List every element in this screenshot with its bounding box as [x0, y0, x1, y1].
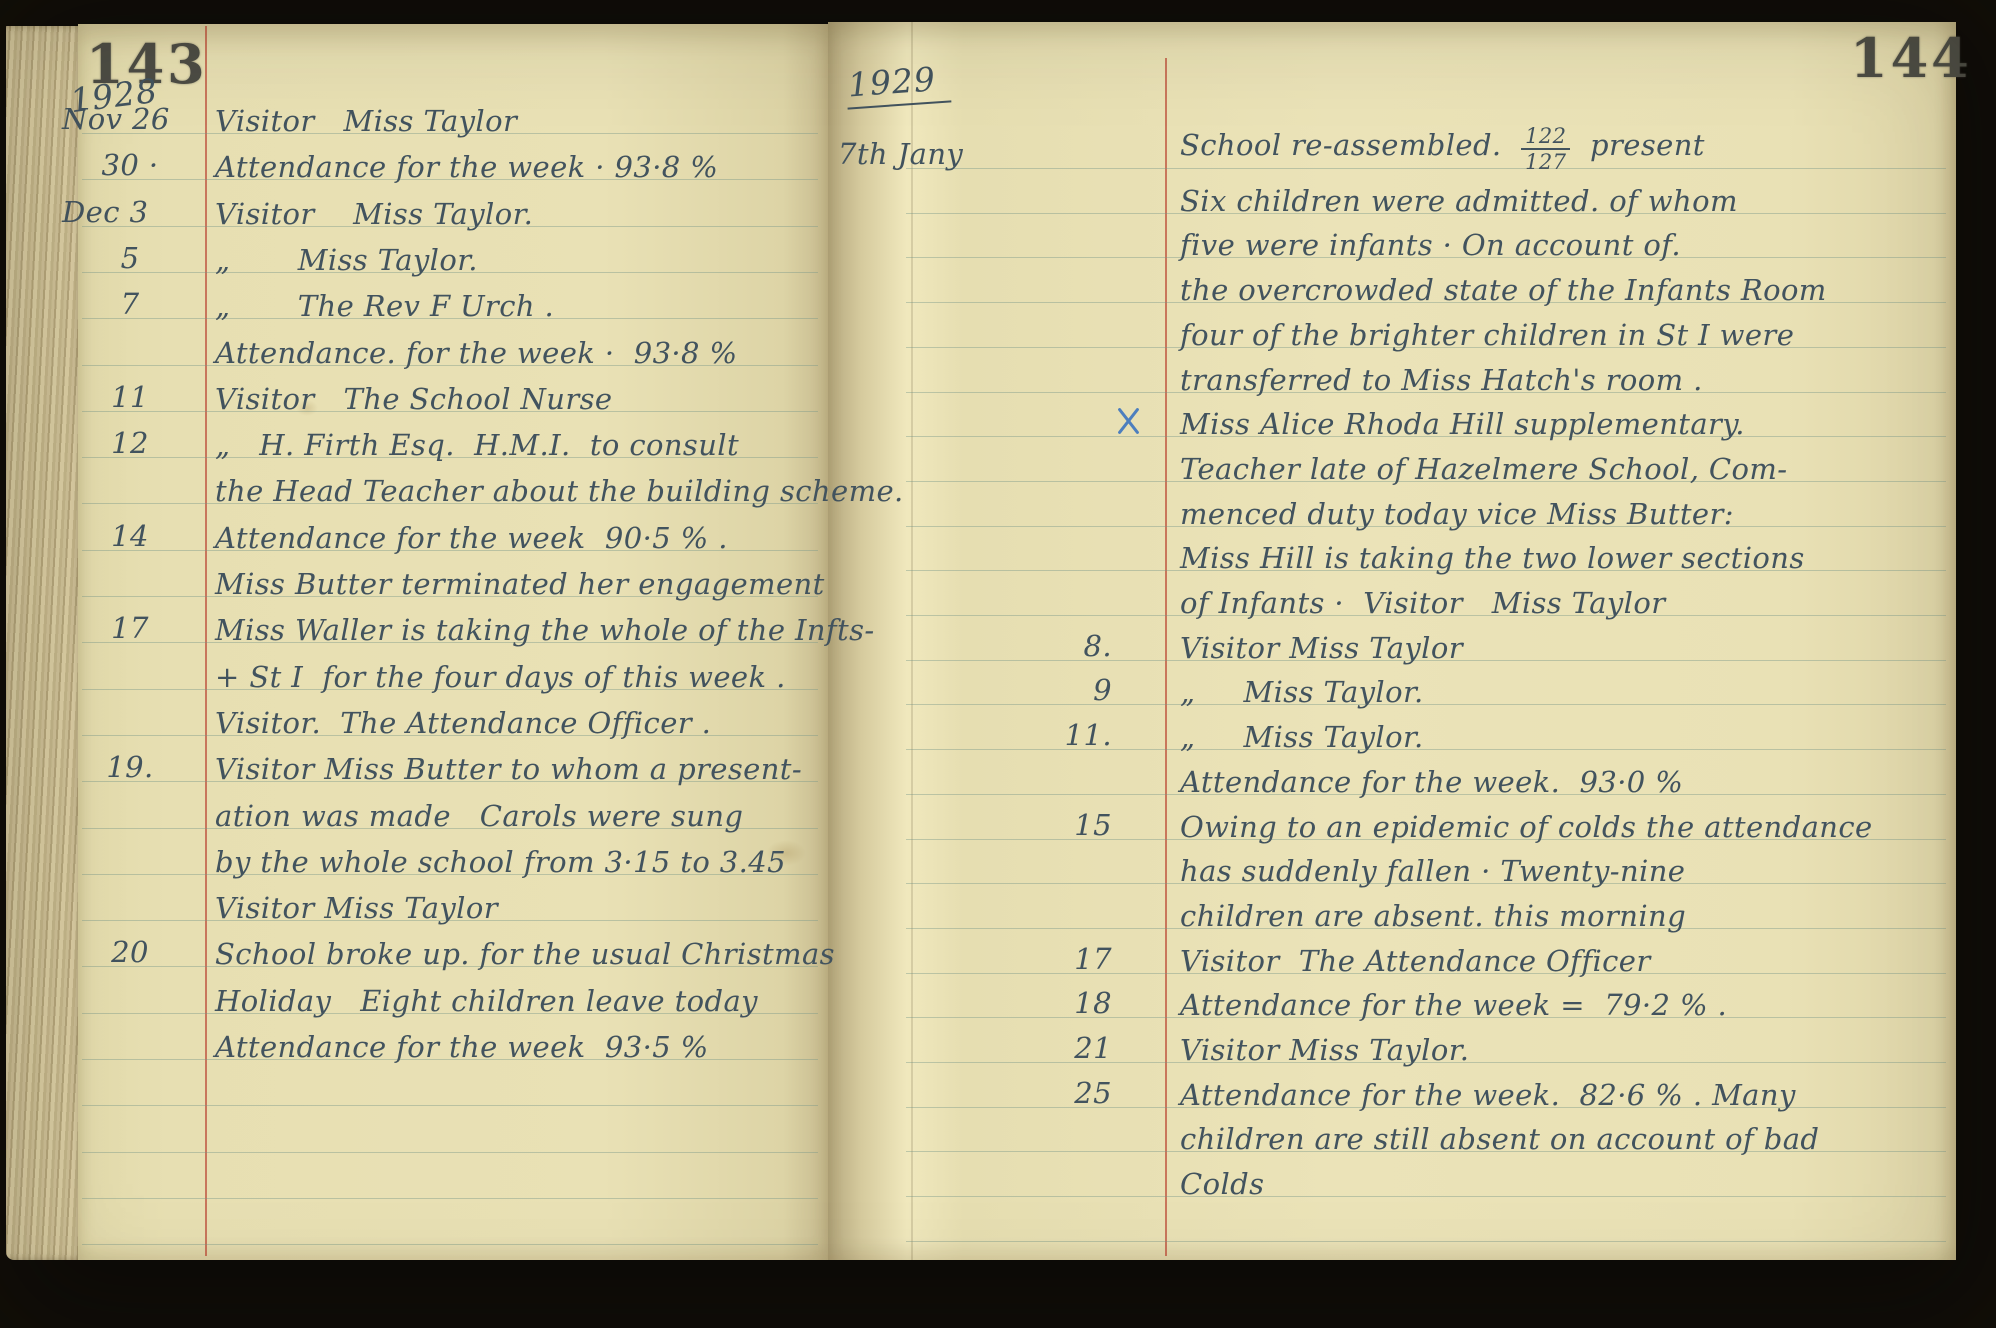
entry-text: children are still absent on account of …	[1180, 1122, 1819, 1156]
log-entry-row: 21Visitor Miss Taylor.	[0, 1021, 1996, 1067]
log-entry-row: Colds	[0, 1155, 1996, 1201]
entry-date: 21	[838, 1031, 1138, 1065]
entry-text: Visitor Miss Taylor.	[1180, 1033, 1469, 1067]
log-entry-row: four of the brighter children in St I we…	[0, 306, 1996, 352]
entry-text: transferred to Miss Hatch's room .	[1180, 363, 1703, 397]
ruled-line	[82, 1244, 818, 1245]
x-mark-icon	[1116, 407, 1140, 435]
log-entry-row: has suddenly fallen · Twenty-nine	[0, 842, 1996, 888]
log-entry-row: 15Owing to an epidemic of colds the atte…	[0, 798, 1996, 844]
log-entry-row: 17Visitor The Attendance Officer	[0, 932, 1996, 978]
entry-text: Teacher late of Hazelmere School, Com-	[1180, 452, 1787, 486]
entry-text: Attendance for the week. 93·0 %	[1180, 765, 1683, 799]
entry-text: Visitor Miss Taylor	[1180, 631, 1463, 665]
log-entry-row: Six children were admitted. of whom	[0, 172, 1996, 218]
entry-text: Attendance for the week = 79·2 % .	[1180, 988, 1727, 1022]
log-entry-row: the overcrowded state of the Infants Roo…	[0, 261, 1996, 307]
log-entry-row: 18Attendance for the week = 79·2 % .	[0, 976, 1996, 1022]
entry-date: 15	[838, 808, 1138, 842]
entry-text: has suddenly fallen · Twenty-nine	[1180, 854, 1685, 888]
log-entry-row: transferred to Miss Hatch's room .	[0, 351, 1996, 397]
entry-date: 25	[838, 1076, 1138, 1110]
entry-text: School re-assembled. 122127 present	[1180, 125, 1705, 173]
entry-text: Six children were admitted. of whom	[1180, 184, 1738, 218]
attendance-fraction: 122127	[1521, 125, 1570, 173]
log-entry-row: 11.„ Miss Taylor.	[0, 708, 1996, 754]
entry-date: 18	[838, 986, 1138, 1020]
log-entry-row: children are absent. this morning	[0, 887, 1996, 933]
entry-text: Attendance for the week. 82·6 % . Many	[1180, 1078, 1796, 1112]
entry-text: the overcrowded state of the Infants Roo…	[1180, 273, 1827, 307]
log-entry-row: of Infants · Visitor Miss Taylor	[0, 574, 1996, 620]
entry-text: „ Miss Taylor.	[1180, 675, 1424, 709]
log-entry-row: Miss Hill is taking the two lower sectio…	[0, 529, 1996, 575]
entry-date: 9	[838, 673, 1138, 707]
log-entry-row: Teacher late of Hazelmere School, Com-	[0, 440, 1996, 486]
log-entry-row: 7th JanySchool re-assembled. 122127 pres…	[0, 127, 1996, 173]
log-entry-row: Attendance for the week. 93·0 %	[0, 753, 1996, 799]
entry-text: Miss Hill is taking the two lower sectio…	[1180, 541, 1805, 575]
entry-date: 17	[838, 942, 1138, 976]
entry-text: Owing to an epidemic of colds the attend…	[1180, 810, 1873, 844]
entry-date: 11.	[838, 718, 1138, 752]
entry-text: „ Miss Taylor.	[1180, 720, 1424, 754]
log-entry-row: Miss Alice Rhoda Hill supplementary.	[0, 395, 1996, 441]
entry-text: four of the brighter children in St I we…	[1180, 318, 1794, 352]
entry-text: Colds	[1180, 1167, 1264, 1201]
log-entry-row: five were infants · On account of.	[0, 216, 1996, 262]
entry-text: Miss Alice Rhoda Hill supplementary.	[1180, 407, 1745, 441]
entry-text: of Infants · Visitor Miss Taylor	[1180, 586, 1665, 620]
log-entry-row: menced duty today vice Miss Butter:	[0, 485, 1996, 531]
entry-text: children are absent. this morning	[1180, 899, 1686, 933]
entry-text: five were infants · On account of.	[1180, 228, 1681, 262]
ruled-line	[906, 1241, 1946, 1242]
entry-text: menced duty today vice Miss Butter:	[1180, 497, 1734, 531]
entry-text: Visitor The Attendance Officer	[1180, 944, 1651, 978]
entry-date: 7th Jany	[838, 137, 1138, 171]
page-number-stamp-right: 144	[1850, 26, 1972, 90]
entry-date: 8.	[838, 629, 1138, 663]
log-entry-row: 25Attendance for the week. 82·6 % . Many	[0, 1066, 1996, 1112]
log-entry-row: 8.Visitor Miss Taylor	[0, 619, 1996, 665]
log-entry-row: 9„ Miss Taylor.	[0, 663, 1996, 709]
logbook-photo: 143 144 1928 1929 Nov 26Visitor Miss Tay…	[0, 0, 1996, 1328]
log-entry-row: children are still absent on account of …	[0, 1110, 1996, 1156]
